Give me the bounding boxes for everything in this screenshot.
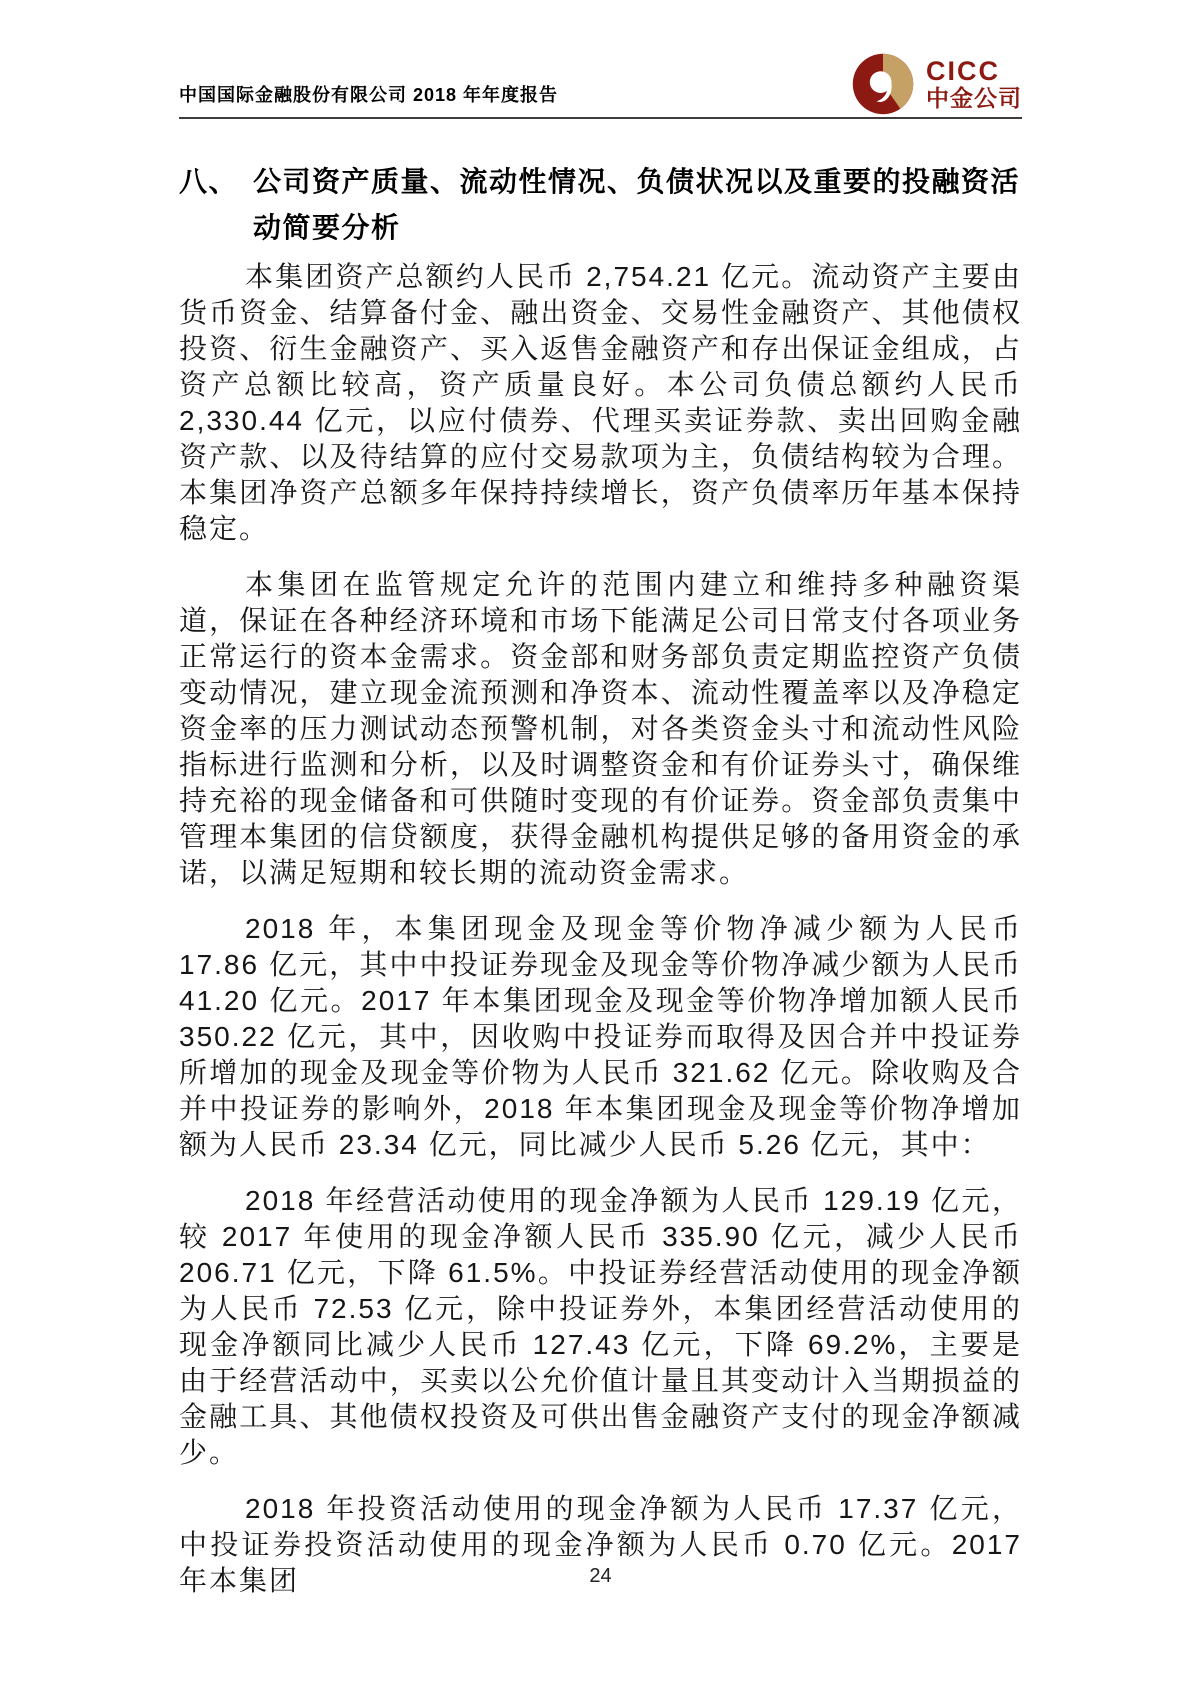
body-paragraph-4: 2018 年经营活动使用的现金净额为人民币 129.19 亿元，较 2017 年…	[179, 1183, 1022, 1471]
section-number: 八、	[179, 159, 253, 251]
section-title: 公司资产质量、流动性情况、负债状况以及重要的投融资活动简要分析	[253, 159, 1022, 251]
logo-chinese-name: 中金公司	[926, 85, 1022, 111]
page-footer: 24	[179, 1565, 1022, 1588]
body-paragraph-1: 本集团资产总额约人民币 2,754.21 亿元。流动资产主要由货币资金、结算备付…	[179, 259, 1022, 547]
page-header: 中国国际金融股份有限公司 2018 年年度报告 CICC 中金公司	[179, 0, 1022, 119]
annual-report-page: 中国国际金融股份有限公司 2018 年年度报告 CICC 中金公司 八、 公司资…	[0, 0, 1190, 1684]
cicc-logo-text: CICC 中金公司	[926, 58, 1022, 111]
logo-latin-name: CICC	[926, 58, 1022, 85]
page-body: 八、 公司资产质量、流动性情况、负债状况以及重要的投融资活动简要分析 本集团资产…	[179, 119, 1022, 1599]
body-paragraph-3: 2018 年，本集团现金及现金等价物净减少额为人民币 17.86 亿元，其中中投…	[179, 911, 1022, 1163]
body-paragraph-2: 本集团在监管规定允许的范围内建立和维持多种融资渠道，保证在各种经济环境和市场下能…	[179, 567, 1022, 891]
body-text: 本集团资产总额约人民币 2,754.21 亿元。流动资产主要由货币资金、结算备付…	[179, 259, 1022, 1599]
section-heading: 八、 公司资产质量、流动性情况、负债状况以及重要的投融资活动简要分析	[179, 159, 1022, 251]
cicc-logo: CICC 中金公司	[849, 50, 1022, 118]
cicc-logo-icon	[849, 50, 917, 118]
header-report-title: 中国国际金融股份有限公司 2018 年年度报告	[179, 81, 558, 107]
page-number: 24	[589, 1565, 611, 1587]
